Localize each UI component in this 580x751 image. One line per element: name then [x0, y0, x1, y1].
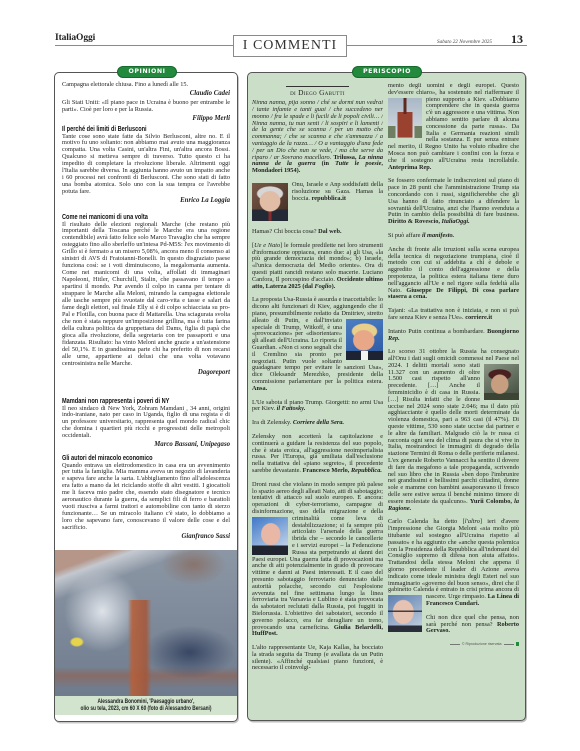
opinion-item: Il perché dei limiti di Berlusconi Tante… [62, 125, 230, 205]
source-credit: Buongiorno [487, 328, 519, 335]
opinion-author: Dagoreport [62, 369, 230, 377]
source-title: Repubblica. [351, 467, 382, 474]
opinioni-badge: OPINIONI [117, 66, 177, 78]
opinion-item: Campagna elettorale chiusa. Fino a luned… [62, 82, 230, 97]
periscopio-item: Onu, Israele e Anp soddisfatti della ris… [252, 182, 383, 222]
section-title: I COMMENTI [233, 35, 347, 57]
opinioni-box: Campagna elettorale chiusa. Fino a luned… [54, 72, 238, 722]
source-credit: Francesco Merlo, [303, 467, 351, 474]
opinion-text: Tante cose sono state fatte da Silvio Be… [62, 134, 230, 197]
artwork-caption: Alessandra Bonomini, 'Paesaggio urbano',… [55, 696, 237, 715]
artwork-caption-text: Alessandra Bonomini, 'Paesaggio urbano',… [56, 698, 237, 713]
periscopio-item: Carlo Calenda ha detto [l'altro] ieri d'… [388, 519, 519, 607]
periscopio-item: Anche di fronte alle irruzioni sulla sce… [388, 247, 519, 301]
source-title: Rep. [388, 335, 400, 342]
opinion-text: Campagna elettorale chiusa. Fino a luned… [62, 82, 230, 89]
periscopio-column-2: mento degli uomini e degli europei. Ques… [388, 83, 519, 718]
opinion-text: Quando entrava un elettrodomestico in ca… [62, 463, 230, 533]
masthead-logo: ItaliaOggi [55, 33, 95, 43]
byline: di Diego Gabutti [252, 86, 383, 97]
portrait-photo-3 [252, 517, 288, 555]
caption-line-1: Alessandra Bonomini, 'Paesaggio urbano', [56, 698, 237, 705]
portrait-photo-1 [252, 183, 288, 221]
opinion-title: Come nei manicomi di una volta [62, 213, 186, 222]
source-credit: Dal web. [318, 228, 341, 235]
caption-line-2: olio su tela, 2023, cm 60 X 60 (foto di … [56, 705, 237, 712]
periscopio-item: Lo scorso 31 ottobre la Russia ha conseg… [388, 349, 519, 512]
newspaper-page: ItaliaOggi I COMMENTI Sabato 22 Novembre… [0, 0, 580, 751]
source-title: Tutte le poesie [335, 160, 381, 167]
periscopio-item: Intanto Putin continua a bombardare. Buo… [388, 329, 519, 343]
source-credit: Diritto & Rovescio, [388, 218, 442, 225]
opinion-item: Gli Stati Uniti: «Il piano pace in Ucrai… [62, 100, 230, 122]
periscopio-column-1: di Diego Gabutti Ninna nanna, pija sonno… [252, 86, 383, 718]
item-text: L'alto rappresentante Ue, Kaja Kallas, h… [252, 644, 383, 671]
copyright-text: © Riproduzione riservata [462, 642, 502, 646]
opinion-author: Filippo Merli [62, 115, 230, 123]
opinion-author: Enrico La Loggia [62, 197, 230, 205]
portrait-photo-5 [388, 595, 422, 632]
footer-rule [450, 644, 460, 645]
copyright-footer: © Riproduzione riservata [388, 642, 519, 646]
page-number: 13 [511, 33, 523, 45]
source-credit: ). [332, 283, 336, 290]
opinion-text: Gli Stati Uniti: «Il piano pace in Ucrai… [62, 100, 230, 114]
kremlin-tower-photo [388, 98, 422, 138]
artwork-painting-image [55, 550, 237, 696]
end-square-icon [516, 642, 520, 646]
footer-rule [504, 644, 514, 645]
periscopio-item: Droni russi che violano in modo sempre p… [252, 482, 383, 638]
periscopio-item: mento degli uomini e degli europei. Ques… [388, 83, 519, 171]
periscopio-item: L'alto rappresentante Ue, Kaja Kallas, h… [252, 645, 383, 672]
opinion-author: Gianfranco Sassi [62, 533, 230, 541]
source-credit: il manifesto. [422, 232, 454, 239]
poem-text: Ninna nanna, pija sonno / ché se dormi n… [252, 99, 383, 160]
source-credit: Anteprima Rep. [388, 164, 431, 171]
periscopio-item: La proposta Usa-Russia è assurda e inacc… [252, 297, 383, 392]
portrait-photo-4 [484, 364, 519, 400]
opinion-text: Il neo sindaco di New York, Zohram Mamda… [62, 406, 230, 441]
item-text: L'Ue sabota il piano Trump. Giorgetti: n… [252, 399, 383, 413]
periscopio-box: di Diego Gabutti Ninna nanna, pija sonno… [247, 72, 526, 721]
source-credit: il Fattosky. [277, 405, 306, 412]
source-title: Foglio [314, 283, 331, 290]
source-credit: (in [316, 160, 336, 167]
item-text: Intanto Putin continua a bombardare. [388, 328, 487, 335]
periscopio-item: L'Ue sabota il piano Trump. Giorgetti: n… [252, 400, 383, 414]
item-text: Si può affare [388, 232, 422, 239]
opinion-author: Claudio Cadei [62, 90, 230, 98]
periscopio-item: Zelensky non accetterà la capitolazione … [252, 434, 383, 475]
periscopio-badge: PERISCOPIO [352, 66, 422, 78]
source-credit: repubblica.it [312, 195, 346, 202]
opinion-author: Marco Bassani, Unipegaso [62, 441, 230, 449]
source-title: ItaliaOggi. [442, 218, 470, 225]
opinion-title: Mamdani non rappresenta i poveri di NY [62, 397, 186, 406]
source-credit: Yurii Colombo, [470, 498, 514, 505]
byline-author: di Diego Gabutti [286, 86, 349, 97]
periscopio-item: [Ue e Nato] le formule predilette nei lo… [252, 243, 383, 291]
issue-date: Sabato 22 Novembre 2025 [437, 39, 492, 45]
source-credit: Corriere della Sera. [293, 419, 344, 426]
periscopio-item: Tajani: «La trattativa non è iniziata, e… [388, 308, 519, 322]
periscopio-item: Ira di Zelensky. Corriere della Sera. [252, 420, 383, 427]
opinion-title: Gli autori del miracolo economico [62, 454, 186, 463]
periscopio-item: Se fossero confermate le indiscrezioni s… [388, 178, 519, 226]
periscopio-item: Ninna nanna, pija sonno / ché se dormi n… [252, 100, 383, 175]
opinion-item: Come nei manicomi di una volta Il risult… [62, 213, 230, 376]
item-text: Ira di Zelensky. [252, 419, 293, 426]
portrait-photo-2 [346, 319, 383, 360]
opinion-title: Il perché dei limiti di Berlusconi [62, 125, 186, 134]
item-text: Tajani: «La trattativa non è iniziata, e… [388, 307, 519, 321]
opinion-item: Gli autori del miracolo economico Quando… [62, 454, 230, 541]
source-credit: Ansa. [252, 385, 267, 392]
periscopio-item: Hamas? Chi boccia cosa? Dal web. [252, 229, 383, 236]
opinion-text: Il risultato delle elezioni regionali Ma… [62, 222, 230, 368]
item-text: Se fossero confermate le indiscrezioni s… [388, 177, 519, 218]
opinion-item: Mamdani non rappresenta i poveri di NY I… [62, 397, 230, 449]
item-text: Hamas? Chi boccia cosa? [252, 228, 318, 235]
source-credit: corriere.it [465, 314, 492, 321]
periscopio-item: Si può affare il manifesto. [388, 233, 519, 240]
item-text: ] ieri d'avere l'impressione che Giorgia… [388, 518, 519, 600]
source-credit: Giuseppe De Filippi, Di cosa parlare sta… [388, 287, 519, 301]
